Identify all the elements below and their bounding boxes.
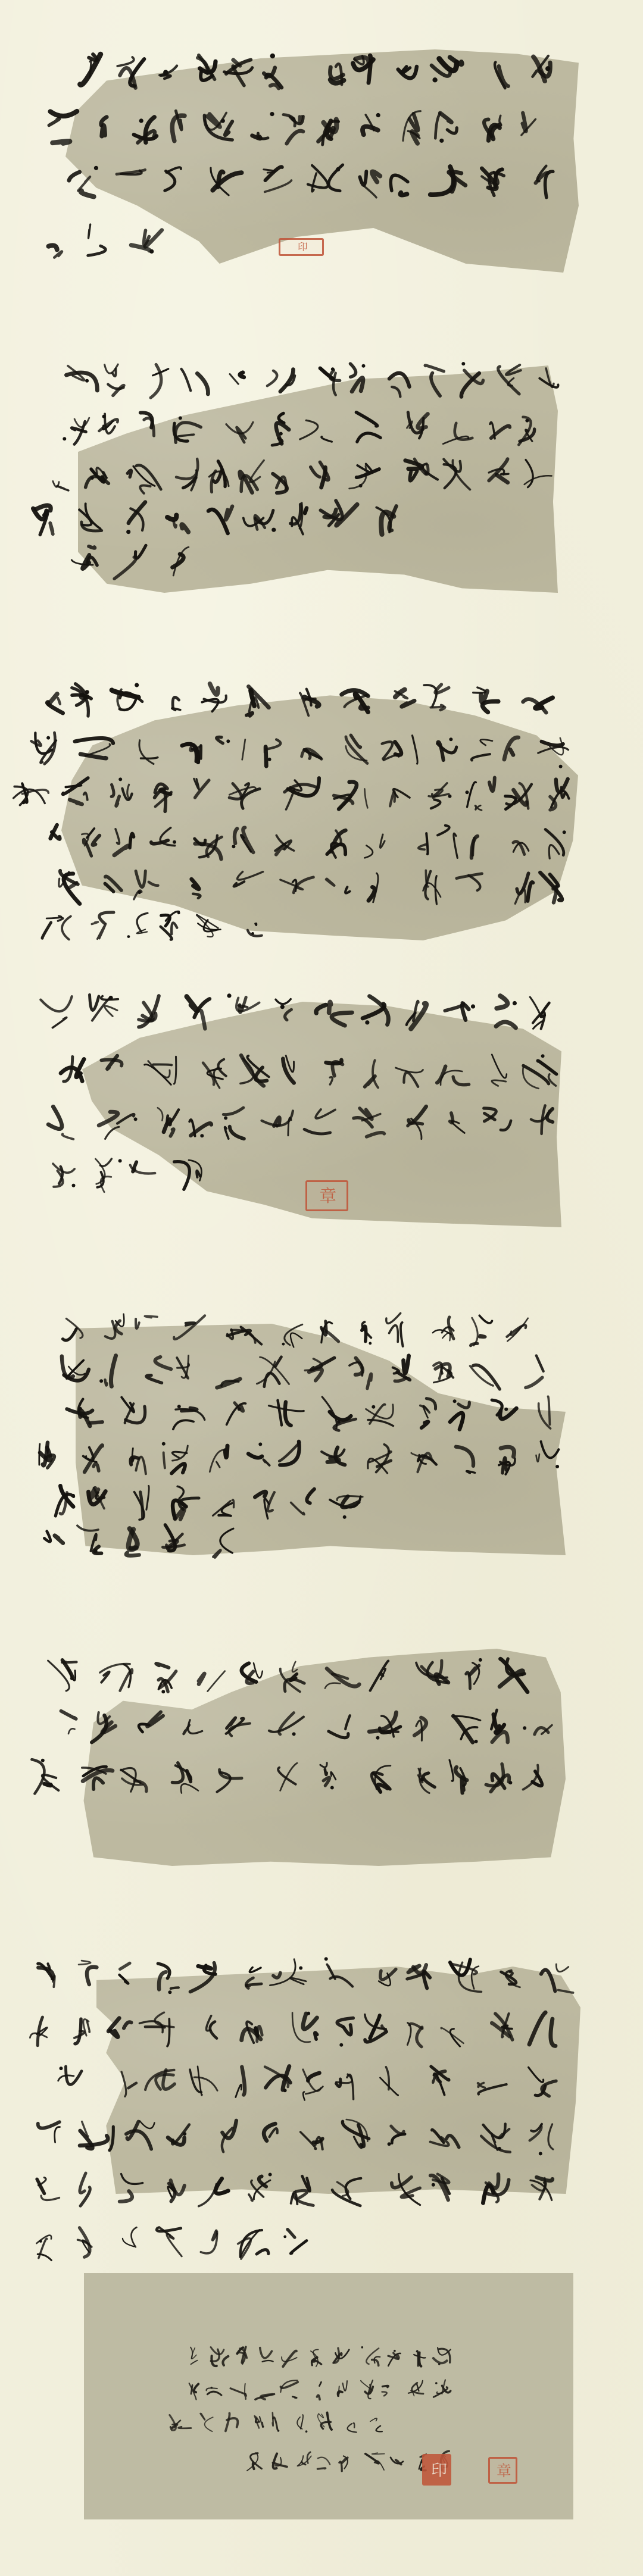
seal-glyph: 印	[296, 242, 307, 252]
seal-panel-1: 印	[279, 238, 324, 256]
seal-colophon-1: 印	[422, 2454, 451, 2486]
seal-glyph: 章	[319, 1187, 336, 1205]
seal-glyph: 印	[429, 2462, 445, 2478]
panel-7	[96, 1967, 580, 2194]
seal-colophon-2: 章	[488, 2457, 517, 2484]
seal-glyph: 章	[495, 2463, 510, 2478]
seal-panel-4: 章	[305, 1180, 348, 1211]
